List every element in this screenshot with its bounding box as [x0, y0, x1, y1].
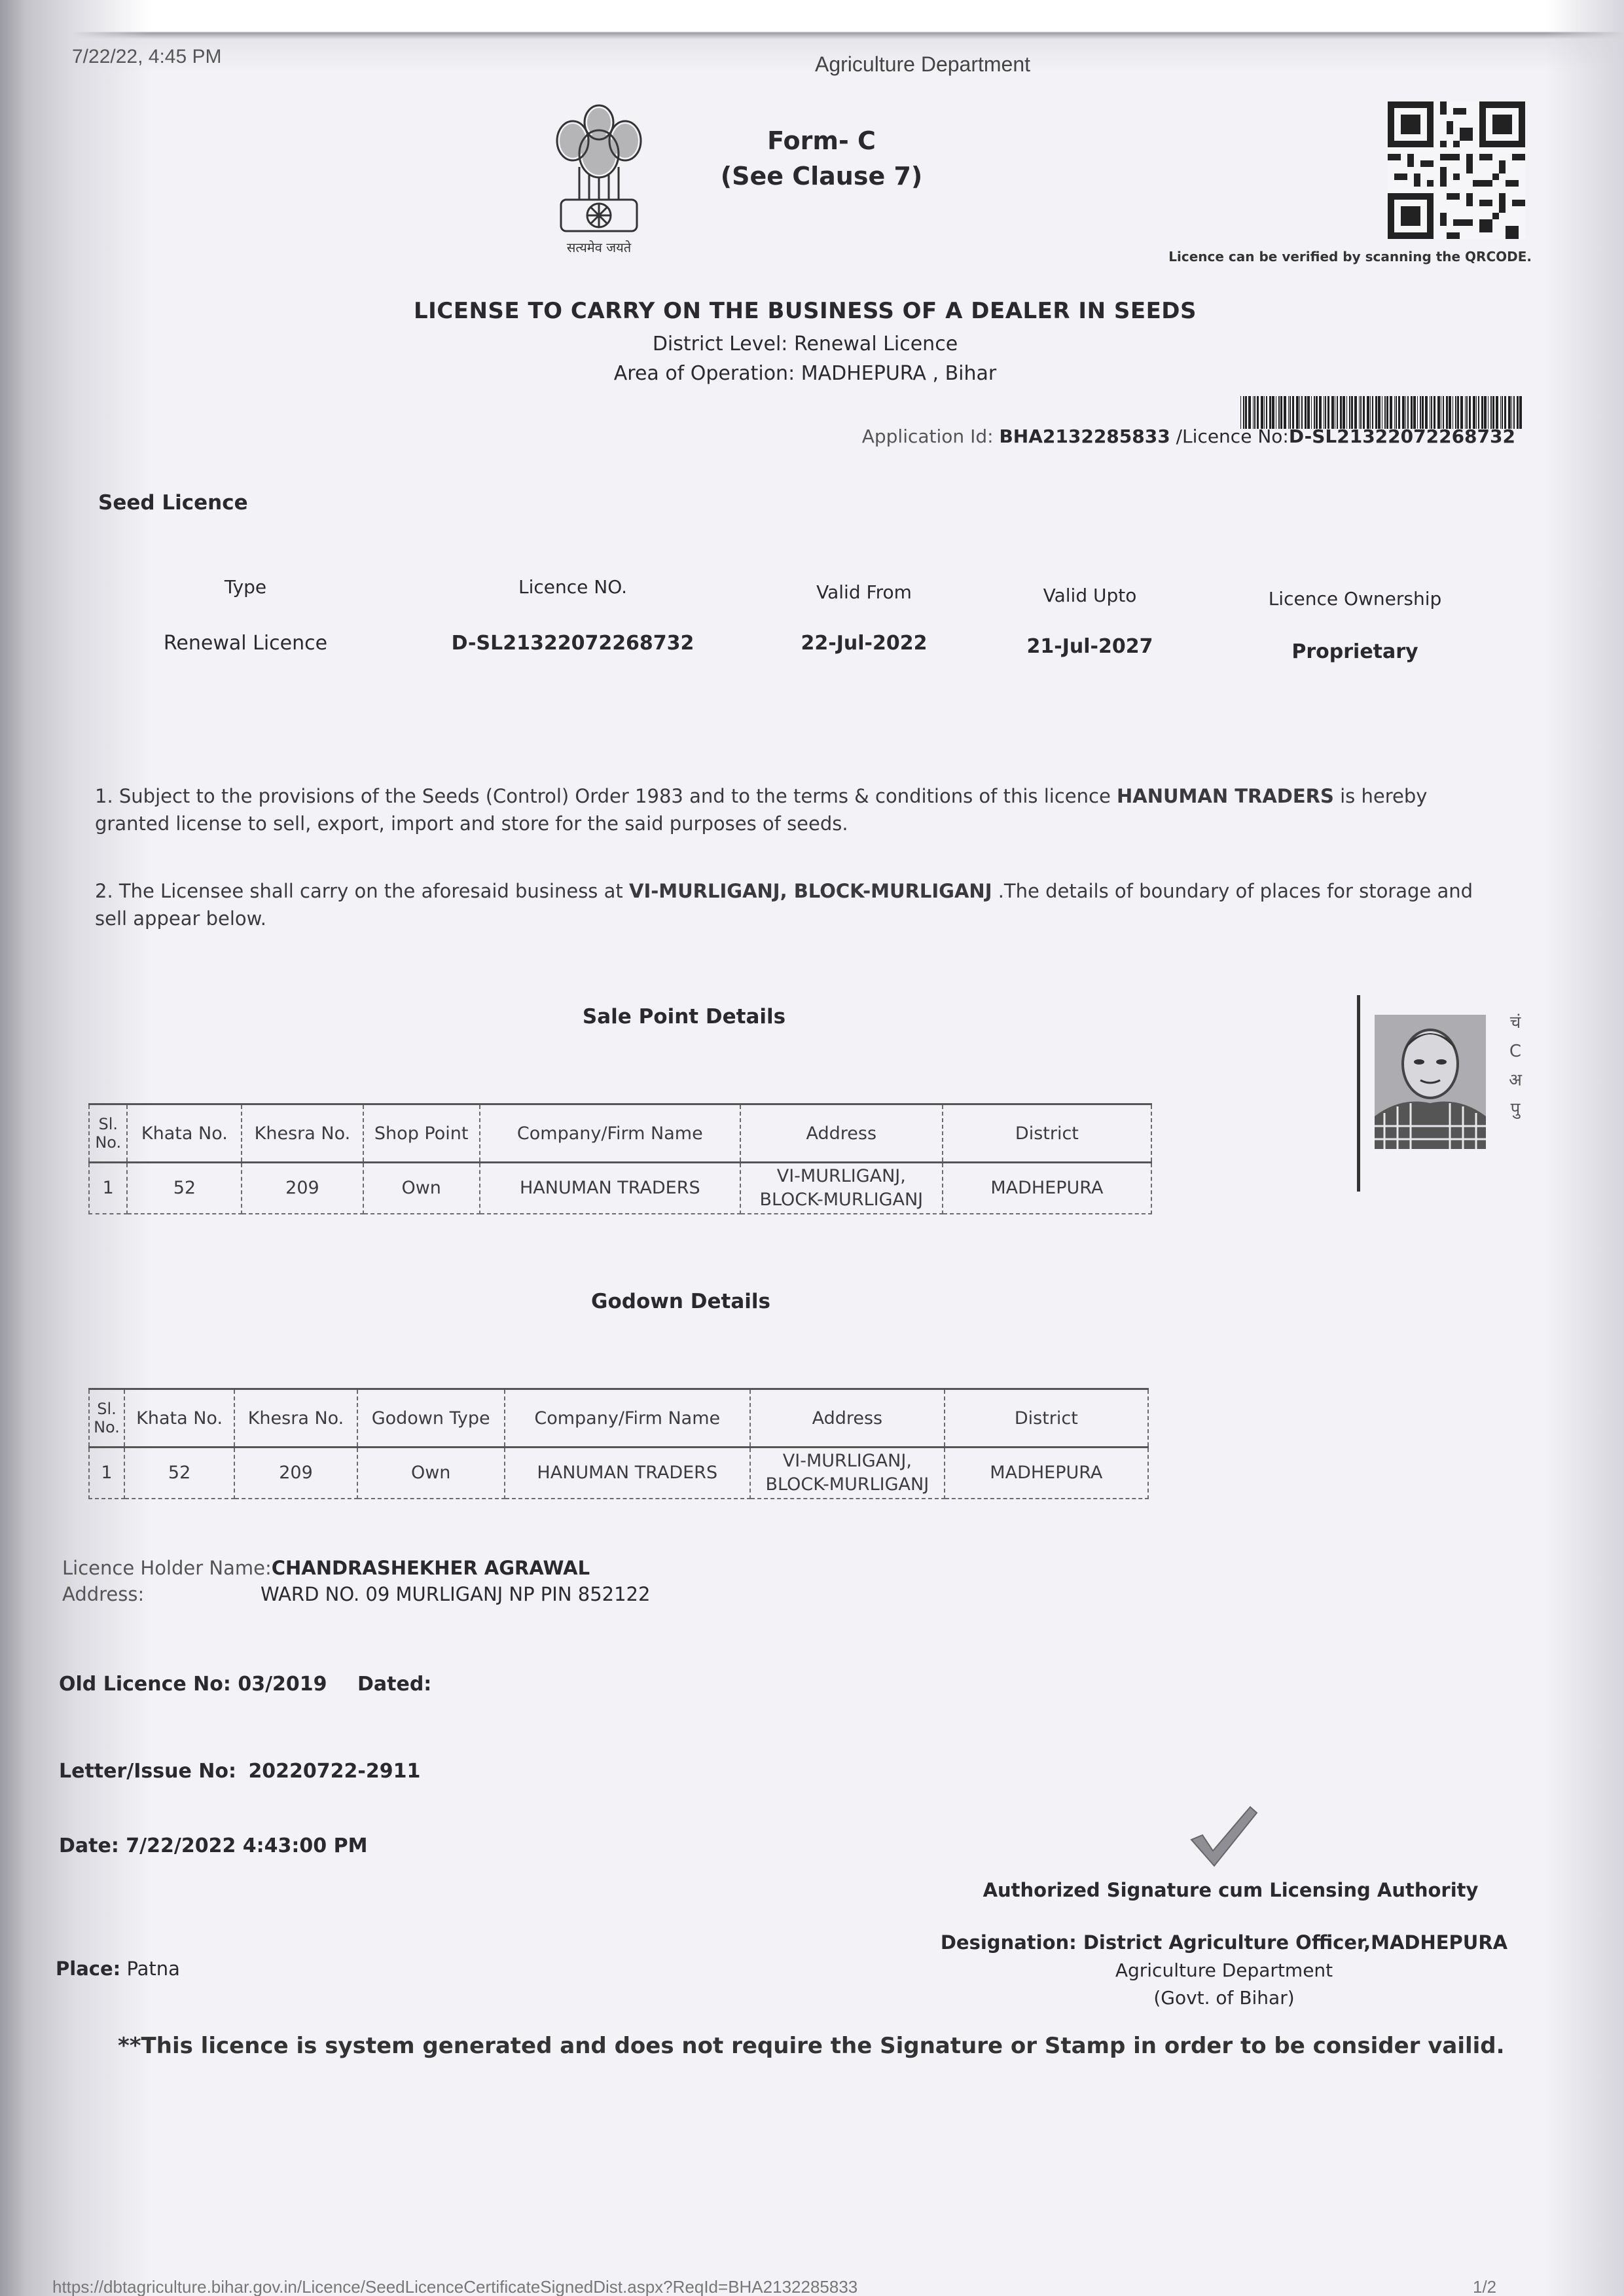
business-place: VI-MURLIGANJ, BLOCK-MURLIGANJ [629, 880, 992, 902]
table-cell: 52 [127, 1163, 242, 1214]
header-valid-from: Valid From [763, 581, 965, 603]
photo-char: चं [1506, 1008, 1525, 1037]
qr-code [1388, 101, 1525, 239]
form-title: Form- C (See Clause 7) [681, 123, 962, 194]
condition-2: 2. The Licensee shall carry on the afore… [95, 877, 1499, 932]
value-type: Renewal Licence [144, 632, 347, 655]
condition-1-text: 1. Subject to the provisions of the Seed… [95, 785, 1117, 807]
table-cell: 209 [242, 1163, 363, 1214]
column-header: Sl. No. [89, 1389, 124, 1448]
licence-title: LICENSE TO CARRY ON THE BUSINESS OF A DE… [262, 298, 1348, 324]
header-licence-no: Licence NO. [458, 576, 687, 598]
photo-char: पु [1506, 1095, 1525, 1123]
date-value: 7/22/2022 4:43:00 PM [126, 1834, 367, 1857]
table-cell: 209 [234, 1448, 357, 1499]
photo-divider [1357, 995, 1360, 1192]
table-cell: 1 [89, 1448, 124, 1499]
table-cell: MADHEPURA [943, 1163, 1151, 1214]
holder-name: CHANDRASHEKHER AGRAWAL [272, 1557, 590, 1579]
table-cell: HANUMAN TRADERS [505, 1448, 750, 1499]
firm-name: HANUMAN TRADERS [1117, 785, 1334, 807]
column-header: District [943, 1104, 1151, 1163]
old-licence-label: Old Licence No: [59, 1673, 231, 1696]
holder-photo [1375, 1015, 1486, 1149]
level-label: District Level: [653, 333, 788, 355]
column-header: Godown Type [357, 1389, 505, 1448]
designation-value: District Agriculture Officer,MADHEPURA [1083, 1931, 1507, 1954]
holder-address-label: Address: [62, 1583, 144, 1605]
letter-value: 20220722-2911 [248, 1760, 420, 1783]
header-valid-upto: Valid Upto [988, 585, 1191, 606]
table-cell: VI-MURLIGANJ, BLOCK-MURLIGANJ [740, 1163, 943, 1214]
area-of-operation: Area of Operation: MADHEPURA , Bihar [262, 362, 1348, 385]
sale-point-heading: Sale Point Details [128, 1005, 1240, 1029]
table-cell: MADHEPURA [945, 1448, 1148, 1499]
letter-label: Letter/Issue No: [59, 1760, 236, 1783]
old-licence-row: Old Licence No: 03/2019 Dated: [59, 1673, 431, 1696]
column-header: Address [750, 1389, 945, 1448]
header-ownership: Licence Ownership [1231, 588, 1479, 610]
table-cell: 1 [89, 1163, 127, 1214]
value-valid-upto: 21-Jul-2027 [988, 635, 1191, 658]
photo-char: अ [1506, 1066, 1525, 1095]
sale-point-table: Sl. No.Khata No.Khesra No.Shop PointComp… [88, 1103, 1152, 1214]
svg-text:सत्यमेव जयते: सत्यमेव जयते [567, 240, 632, 255]
table-cell: Own [363, 1163, 480, 1214]
authority-government: (Govt. of Bihar) [916, 1987, 1532, 2009]
column-header: Shop Point [363, 1104, 480, 1163]
area-label: Area of Operation: [614, 362, 795, 385]
godown-heading: Godown Details [128, 1290, 1234, 1313]
national-emblem-icon: सत्यमेव जयते [547, 95, 651, 259]
column-header: Khesra No. [242, 1104, 363, 1163]
designation-label: Designation: [941, 1931, 1077, 1954]
place-row: Place: Patna [56, 1958, 180, 1980]
column-header: Address [740, 1104, 943, 1163]
photo-side-text: चं C अ पु [1506, 1008, 1525, 1123]
column-header: Sl. No. [89, 1104, 127, 1163]
column-header: Company/Firm Name [505, 1389, 750, 1448]
footer-url: https://dbtagriculture.bihar.gov.in/Lice… [52, 2277, 857, 2296]
photo-char: C [1506, 1037, 1525, 1066]
table-cell: Own [357, 1448, 505, 1499]
date-row: Date: 7/22/2022 4:43:00 PM [59, 1834, 367, 1857]
column-header: Khesra No. [234, 1389, 357, 1448]
header-type: Type [164, 576, 327, 598]
print-timestamp: 7/22/22, 4:45 PM [72, 46, 222, 68]
authority-department: Agriculture Department [916, 1959, 1532, 1981]
application-id-label: Application Id: [862, 426, 994, 447]
application-id: BHA2132285833 [999, 426, 1170, 447]
holder-address: WARD NO. 09 MURLIGANJ NP PIN 852122 [261, 1583, 650, 1605]
letter-row: Letter/Issue No: 20220722-2911 [59, 1760, 420, 1783]
area-value: MADHEPURA [801, 362, 926, 385]
signature-check-icon [1188, 1804, 1260, 1869]
area-state: , Bihar [933, 362, 997, 385]
holder-name-row: Licence Holder Name:CHANDRASHEKHER AGRAW… [62, 1557, 590, 1579]
licence-no: D-SL21322072268732 [1289, 426, 1515, 447]
qr-note: Licence can be verified by scanning the … [1152, 249, 1532, 264]
table-row: 152209OwnHANUMAN TRADERSVI-MURLIGANJ, BL… [89, 1163, 1151, 1214]
designation: Designation: District Agriculture Office… [916, 1931, 1532, 1954]
condition-1: 1. Subject to the provisions of the Seed… [95, 782, 1499, 837]
table-cell: 52 [124, 1448, 234, 1499]
application-line: Application Id: BHA2132285833 /Licence N… [720, 426, 1515, 447]
barcode [1240, 396, 1522, 429]
condition-2-text: 2. The Licensee shall carry on the afore… [95, 880, 629, 902]
place-value: Patna [126, 1958, 179, 1980]
page-number: 1/2 [1473, 2277, 1496, 2296]
column-header: Khata No. [127, 1104, 242, 1163]
value-ownership: Proprietary [1231, 640, 1479, 663]
value-valid-from: 22-Jul-2022 [763, 632, 965, 655]
form-name: Form- C [681, 123, 962, 158]
table-row: 152209OwnHANUMAN TRADERSVI-MURLIGANJ, BL… [89, 1448, 1148, 1499]
level-value: Renewal Licence [794, 333, 958, 355]
column-header: District [945, 1389, 1148, 1448]
column-header: Company/Firm Name [480, 1104, 740, 1163]
place-label: Place: [56, 1958, 120, 1980]
department-header: Agriculture Department [815, 52, 1030, 77]
system-generated-disclaimer: **This licence is system generated and d… [118, 2033, 1532, 2059]
table-cell: VI-MURLIGANJ, BLOCK-MURLIGANJ [750, 1448, 945, 1499]
old-licence-value: 03/2019 [238, 1673, 327, 1696]
licence-no-label: /Licence No: [1176, 426, 1289, 447]
holder-address-row: Address: [62, 1583, 144, 1605]
holder-name-label: Licence Holder Name: [62, 1557, 272, 1579]
date-label: Date: [59, 1834, 119, 1857]
seed-licence-heading: Seed Licence [98, 491, 248, 515]
authorized-signature: Authorized Signature cum Licensing Autho… [943, 1879, 1519, 1901]
column-header: Khata No. [124, 1389, 234, 1448]
table-cell: HANUMAN TRADERS [480, 1163, 740, 1214]
dated-label: Dated: [357, 1673, 431, 1696]
godown-table: Sl. No.Khata No.Khesra No.Godown TypeCom… [88, 1388, 1149, 1499]
licence-level: District Level: Renewal Licence [262, 333, 1348, 355]
value-licence-no: D-SL21322072268732 [445, 632, 700, 655]
form-clause: (See Clause 7) [681, 158, 962, 194]
